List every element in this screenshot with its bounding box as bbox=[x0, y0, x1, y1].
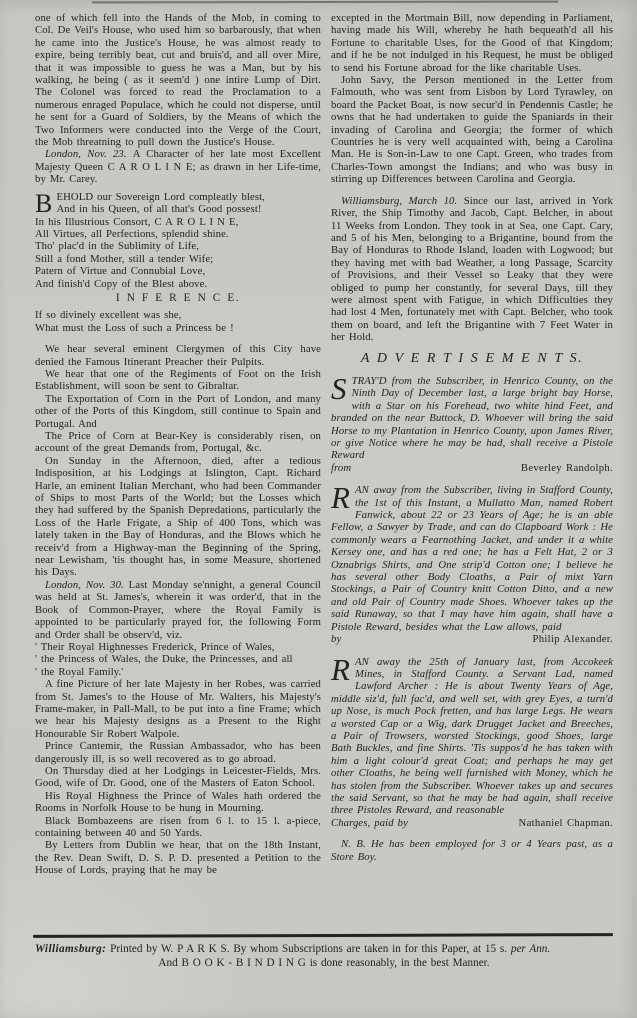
verse-line: And in his Queen, of all that's Good pos… bbox=[35, 203, 321, 215]
imprint-city: Williamsburg: bbox=[35, 943, 106, 955]
drop-cap: R bbox=[331, 656, 355, 682]
news-paragraph: On Thursday died at her Lodgings in Leic… bbox=[35, 765, 321, 790]
news-paragraph: The Exportation of Corn in the Port of L… bbox=[35, 393, 321, 430]
advertisement: STRAY'D from the Subscriber, in Henrico … bbox=[331, 375, 613, 474]
advertisement: RAN away from the Subscriber, living in … bbox=[331, 484, 613, 645]
signature-lead: Charges, paid by bbox=[331, 817, 408, 829]
imprint-line-1: Williamsburg: Printed by W. P A R K S. B… bbox=[35, 943, 613, 957]
verse-line: Tho' plac'd in the Sublimity of Life, bbox=[35, 240, 321, 252]
column-right: excepted in the Mortmain Bill, now depen… bbox=[331, 12, 613, 863]
poem: BEHOLD our Sovereign Lord compleatly ble… bbox=[35, 191, 321, 290]
drop-cap: R bbox=[331, 484, 355, 510]
verse-line: ' Their Royal Highnesses Frederick, Prin… bbox=[35, 641, 321, 653]
dateline: London, Nov. 23. bbox=[45, 148, 133, 160]
column-left: one of which fell into the Hands of the … bbox=[35, 12, 321, 877]
dateline-paragraph: Williamsburg, March 10. Since our last, … bbox=[331, 195, 613, 344]
drop-cap: S bbox=[331, 375, 352, 401]
verse-line: Still a fond Mother, still a tender Wife… bbox=[35, 253, 321, 265]
news-paragraph: On Sunday in the Afternoon, died, after … bbox=[35, 455, 321, 579]
verse-line: And finish'd Copy of the Blest above. bbox=[35, 278, 321, 290]
verse-line: ' the Royal Family.' bbox=[35, 666, 321, 678]
newspaper-page: one of which fell into the Hands of the … bbox=[0, 0, 637, 1018]
news-paragraph: Black Bombazeens are risen from 6 l. to … bbox=[35, 815, 321, 840]
signature-line: fromBeverley Randolph. bbox=[331, 462, 613, 474]
news-paragraph: Prince Cantemir, the Russian Ambassador,… bbox=[35, 740, 321, 765]
signature-name: Philip Alexander. bbox=[532, 633, 613, 645]
news-paragraph: By Letters from Dublin we hear, that on … bbox=[35, 839, 321, 876]
signature-lead: from bbox=[331, 462, 351, 474]
imprint-divider-rule bbox=[33, 933, 613, 937]
signature-line: Charges, paid byNathaniel Chapman. bbox=[331, 817, 613, 829]
quoted-form: ' Their Royal Highnesses Frederick, Prin… bbox=[35, 641, 321, 678]
dateline-paragraph: London, Nov. 23. A Character of her late… bbox=[35, 148, 321, 185]
verse-line: ' the Princess of Wales, the Duke, the P… bbox=[35, 653, 321, 665]
imprint-per-ann: per Ann. bbox=[511, 943, 550, 955]
imprint: Williamsburg: Printed by W. P A R K S. B… bbox=[35, 943, 613, 970]
advertisement: RAN away the 25th of January last, from … bbox=[331, 656, 613, 830]
dateline-paragraph: London, Nov. 30. Last Monday se'nnight, … bbox=[35, 579, 321, 641]
news-paragraph: one of which fell into the Hands of the … bbox=[35, 12, 321, 148]
news-paragraph: John Savy, the Person mentioned in the L… bbox=[331, 74, 613, 186]
top-rule-fragment bbox=[92, 1, 558, 4]
news-paragraph: We hear that one of the Regiments of Foo… bbox=[35, 368, 321, 393]
imprint-line-2: And B O O K - B I N D I N G is done reas… bbox=[35, 957, 613, 971]
imprint-printer-text: Printed by W. P A R K S. By whom Subscri… bbox=[106, 943, 511, 955]
signature-line: byPhilip Alexander. bbox=[331, 633, 613, 645]
verse-line: EHOLD our Sovereign Lord compleatly bles… bbox=[35, 191, 321, 203]
poem: If so divinely excellent was she,What mu… bbox=[35, 309, 321, 334]
news-paragraph: excepted in the Mortmain Bill, now depen… bbox=[331, 12, 613, 74]
signature-name: Nathaniel Chapman. bbox=[519, 817, 613, 829]
news-paragraph: A fine Picture of her late Majesty in he… bbox=[35, 678, 321, 740]
news-paragraph: His Royal Highness the Prince of Wales h… bbox=[35, 790, 321, 815]
drop-cap: B bbox=[35, 191, 56, 214]
signature-lead: by bbox=[331, 633, 341, 645]
advertisements-heading: A D V E R T I S E M E N T S. bbox=[331, 353, 613, 365]
verse-line: In his Illustrious Consort, C A R O L I … bbox=[35, 216, 321, 228]
signature-name: Beverley Randolph. bbox=[521, 462, 613, 474]
verse-line: What must the Loss of such a Princess be… bbox=[35, 322, 321, 334]
verse-line: If so divinely excellent was she, bbox=[35, 309, 321, 321]
section-heading: I N F E R E N C E. bbox=[35, 292, 321, 304]
nota-bene: N. B. He has been employed for 3 or 4 Ye… bbox=[331, 838, 613, 863]
verse-line: Patern of Virtue and Connubial Love, bbox=[35, 265, 321, 277]
news-paragraph: The Price of Corn at Bear-Key is conside… bbox=[35, 430, 321, 455]
news-paragraph: We hear several eminent Clergymen of thi… bbox=[35, 343, 321, 368]
verse-line: All Virtues, all Perfections, splendid s… bbox=[35, 228, 321, 240]
dateline: Williamsburg, March 10. bbox=[341, 195, 464, 207]
dateline: London, Nov. 30. bbox=[45, 579, 129, 591]
